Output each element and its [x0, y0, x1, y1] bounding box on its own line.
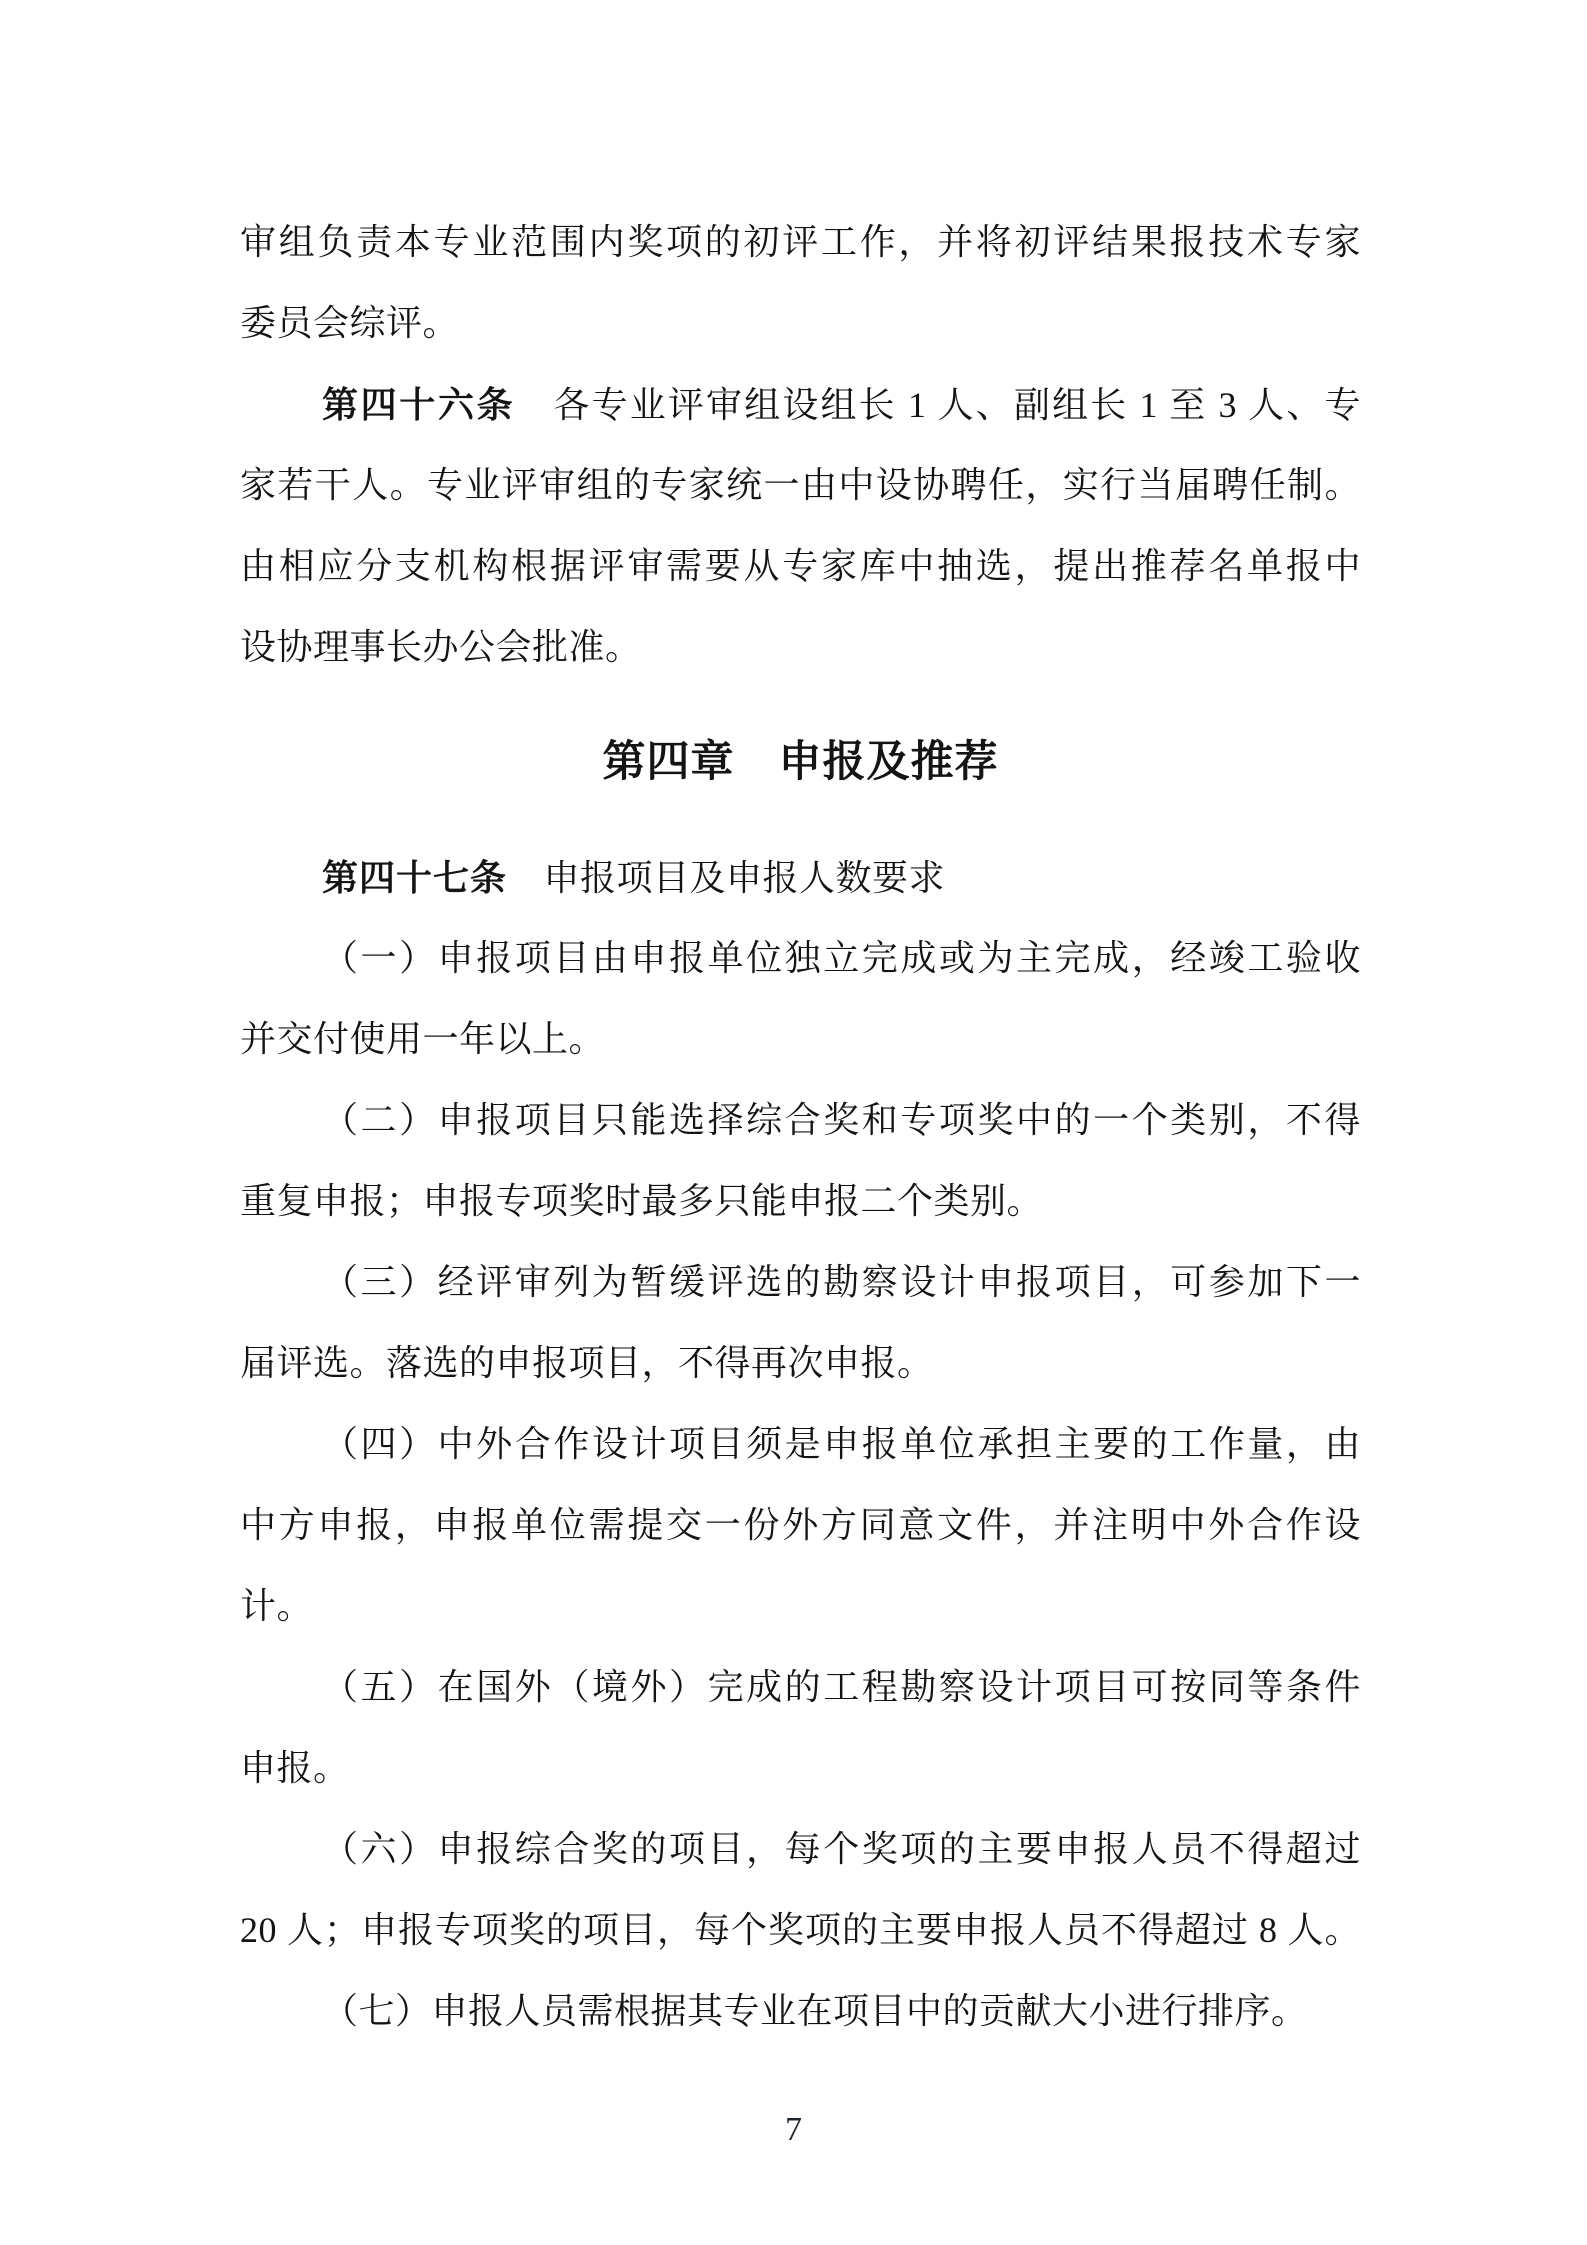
text-line: 20 人；申报专项奖的项目，每个奖项的主要申报人员不得超过 8 人。 [240, 1890, 1361, 1971]
text-run: （三）经评审列为暂缓评选的勘察设计申报项目，可参加下一 [322, 1262, 1361, 1302]
page-number: 7 [0, 2106, 1587, 2154]
text-line: 第四十六条 各专业评审组设组长 1 人、副组长 1 至 3 人、专 [240, 364, 1361, 445]
text-line: 中方申报，申报单位需提交一份外方同意文件，并注明中外合作设 [240, 1485, 1361, 1566]
article-number-heading: 第四十六条 [322, 384, 515, 425]
text-run: 20 人；申报专项奖的项目，每个奖项的主要申报人员不得超过 8 人。 [240, 1910, 1361, 1950]
text-line: （一）申报项目由申报单位独立完成或为主完成，经竣工验收 [240, 918, 1361, 999]
text-run: 设协理事长办公会批准。 [240, 627, 642, 667]
text-line: 家若干人。专业评审组的专家统一由中设协聘任，实行当届聘任制。 [240, 445, 1361, 526]
text-run: 中方申报，申报单位需提交一份外方同意文件，并注明中外合作设 [240, 1505, 1361, 1545]
text-line: （三）经评审列为暂缓评选的勘察设计申报项目，可参加下一 [240, 1242, 1361, 1323]
text-line: （二）申报项目只能选择综合奖和专项奖中的一个类别，不得 [240, 1080, 1361, 1161]
text-run: 申报。 [240, 1748, 350, 1788]
text-run: 审组负责本专业范围内奖项的初评工作，并将初评结果报技术专家 [240, 222, 1361, 262]
text-line: （六）申报综合奖的项目，每个奖项的主要申报人员不得超过 [240, 1809, 1361, 1890]
text-line: 并交付使用一年以上。 [240, 999, 1361, 1080]
text-line: 计。 [240, 1566, 1361, 1647]
text-line: 审组负责本专业范围内奖项的初评工作，并将初评结果报技术专家 [240, 202, 1361, 283]
text-line: 由相应分支机构根据评审需要从专家库中抽选，提出推荐名单报中 [240, 526, 1361, 607]
text-run: 委员会综评。 [240, 303, 459, 343]
text-run: （一）申报项目由申报单位独立完成或为主完成，经竣工验收 [322, 938, 1361, 978]
text-line: 委员会综评。 [240, 283, 1361, 364]
text-run: （六）申报综合奖的项目，每个奖项的主要申报人员不得超过 [322, 1829, 1361, 1869]
text-run: 家若干人。专业评审组的专家统一由中设协聘任，实行当届聘任制。 [240, 465, 1361, 505]
text-run: 由相应分支机构根据评审需要从专家库中抽选，提出推荐名单报中 [240, 546, 1361, 586]
text-run: 计。 [240, 1586, 313, 1626]
text-line: （四）中外合作设计项目须是申报单位承担主要的工作量，由 [240, 1404, 1361, 1485]
text-line: 届评选。落选的申报项目，不得再次申报。 [240, 1323, 1361, 1404]
text-run: （五）在国外（境外）完成的工程勘察设计项目可按同等条件 [322, 1667, 1361, 1707]
text-run: 申报项目及申报人数要求 [507, 858, 945, 898]
text-run: 并交付使用一年以上。 [240, 1019, 605, 1059]
text-line: 申报。 [240, 1728, 1361, 1809]
text-run: 届评选。落选的申报项目，不得再次申报。 [240, 1343, 934, 1383]
text-line: 重复申报；申报专项奖时最多只能申报二个类别。 [240, 1161, 1361, 1242]
text-run: 第四章 申报及推荐 [603, 738, 999, 786]
chapter-heading: 第四章 申报及推荐 [240, 688, 1361, 837]
text-line: （七）申报人员需根据其专业在项目中的贡献大小进行排序。 [240, 1971, 1361, 2052]
text-line: 设协理事长办公会批准。 [240, 607, 1361, 688]
text-run: 重复申报；申报专项奖时最多只能申报二个类别。 [240, 1181, 1043, 1221]
text-run: （二）申报项目只能选择综合奖和专项奖中的一个类别，不得 [322, 1100, 1361, 1140]
document-page: 审组负责本专业范围内奖项的初评工作，并将初评结果报技术专家委员会综评。第四十六条… [0, 0, 1587, 2245]
document-body: 审组负责本专业范围内奖项的初评工作，并将初评结果报技术专家委员会综评。第四十六条… [240, 202, 1361, 2052]
text-run: 各专业评审组设组长 1 人、副组长 1 至 3 人、专 [515, 385, 1361, 425]
text-run: （七）申报人员需根据其专业在项目中的贡献大小进行排序。 [322, 1991, 1308, 2031]
text-line: 第四十七条 申报项目及申报人数要求 [240, 837, 1361, 918]
article-number-heading: 第四十七条 [322, 857, 507, 898]
text-run: （四）中外合作设计项目须是申报单位承担主要的工作量，由 [322, 1424, 1361, 1464]
text-line: （五）在国外（境外）完成的工程勘察设计项目可按同等条件 [240, 1647, 1361, 1728]
